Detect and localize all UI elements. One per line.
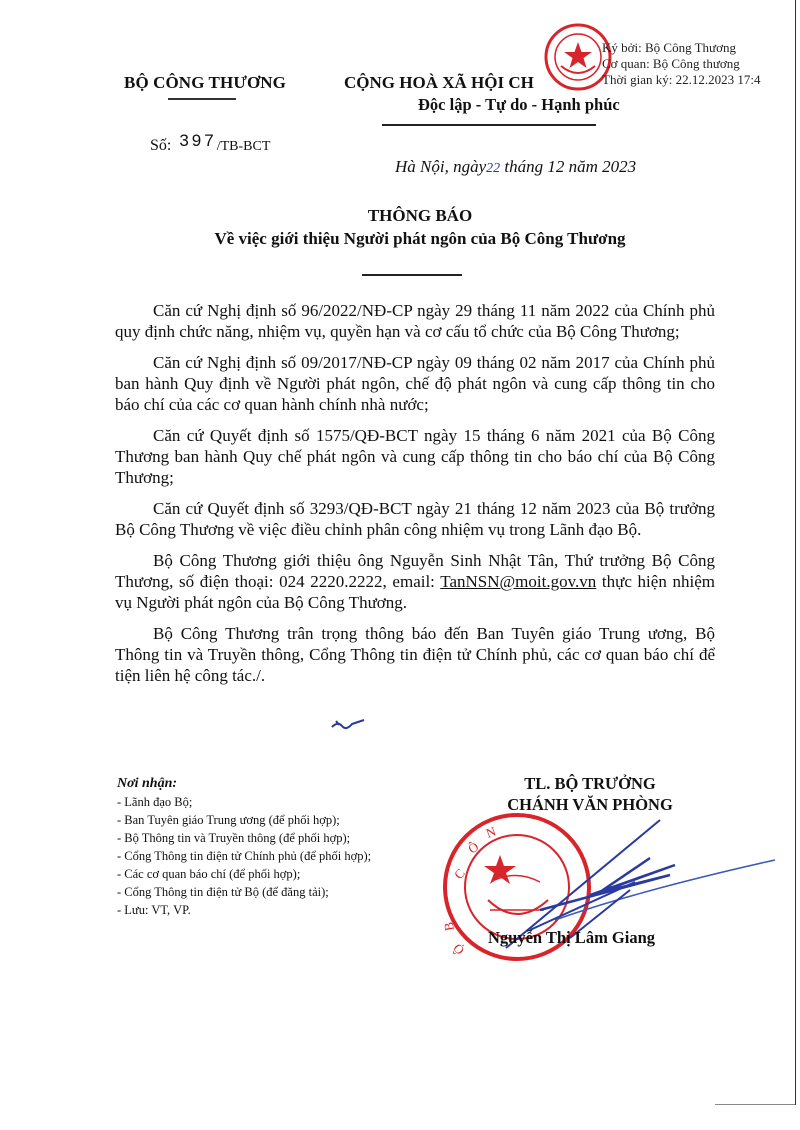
document-number-label: Số: <box>150 137 171 154</box>
national-title-text: CỘNG HOÀ XÃ HỘI CH <box>344 73 534 92</box>
svg-text:N: N <box>484 823 499 841</box>
issuing-organization: BỘ CÔNG THƯƠNG <box>124 73 286 93</box>
legal-basis-paragraph: Căn cứ Quyết định số 1575/QĐ-BCT ngày 15… <box>115 425 715 488</box>
document-number-value: 397 <box>179 131 216 150</box>
page-border-right <box>795 0 796 1105</box>
recipient-item: - Bộ Thông tin và Truyền thông (để phối … <box>117 829 371 847</box>
signer-name: Nguyễn Thị Lâm Giang <box>488 928 655 948</box>
recipient-item: - Ban Tuyên giáo Trung ương (để phối hợp… <box>117 811 371 829</box>
email-link[interactable]: TanNSN@moit.gov.vn <box>440 572 596 591</box>
document-title: THÔNG BÁO <box>0 206 800 226</box>
legal-basis-paragraph: Căn cứ Nghị định số 09/2017/NĐ-CP ngày 0… <box>115 352 715 415</box>
recipients-list: Nơi nhận: - Lãnh đạo Bộ; - Ban Tuyên giá… <box>117 775 371 919</box>
digital-time: Thời gian ký: 22.12.2023 17:4 <box>602 72 761 88</box>
signature-authority: TL. BỘ TRƯỞNG <box>480 773 700 794</box>
national-motto: Độc lập - Tự do - Hạnh phúc <box>418 95 620 115</box>
digital-signed-by: Ký bởi: Bộ Công Thương <box>602 40 761 56</box>
svg-text:B: B <box>441 921 457 932</box>
recipient-item: - Lưu: VT, VP. <box>117 901 371 919</box>
motto-underline <box>382 124 596 126</box>
place-date-suffix: tháng 12 năm 2023 <box>500 157 636 176</box>
svg-text:Ộ: Ộ <box>450 941 468 958</box>
document-subtitle: Về việc giới thiệu Người phát ngôn của B… <box>0 229 800 249</box>
organization-underline <box>168 98 236 100</box>
digital-agency: Cơ quan: Bộ Công thương <box>602 56 761 72</box>
title-underline <box>362 274 462 276</box>
place-date: Hà Nội, ngày22 tháng 12 năm 2023 <box>395 157 636 177</box>
closing-paragraph: Bộ Công Thương trân trọng thông báo đến … <box>115 623 715 686</box>
digital-signature-info: Ký bởi: Bộ Công Thương Cơ quan: Bộ Công … <box>602 40 761 88</box>
handwritten-day: 22 <box>486 161 500 176</box>
recipient-item: - Lãnh đạo Bộ; <box>117 793 371 811</box>
place-date-prefix: Hà Nội, ngày <box>395 157 486 176</box>
spokesperson-paragraph: Bộ Công Thương giới thiệu ông Nguyễn Sin… <box>115 550 715 613</box>
legal-basis-paragraph: Căn cứ Quyết định số 3293/QĐ-BCT ngày 21… <box>115 498 715 540</box>
legal-basis-paragraph: Căn cứ Nghị định số 96/2022/NĐ-CP ngày 2… <box>115 300 715 342</box>
document-number: Số: 397/TB-BCT <box>150 135 270 155</box>
recipients-heading: Nơi nhận: <box>117 775 371 793</box>
handwritten-flourish-icon <box>330 717 366 733</box>
recipient-item: - Cổng Thông tin điện tử Bộ (để đăng tải… <box>117 883 371 901</box>
document-number-suffix: /TB-BCT <box>217 139 271 154</box>
svg-text:Ô: Ô <box>465 839 481 857</box>
recipient-item: - Các cơ quan báo chí (để phối hợp); <box>117 865 371 883</box>
document-body: Căn cứ Nghị định số 96/2022/NĐ-CP ngày 2… <box>115 300 715 696</box>
page-border-bottom <box>715 1104 795 1105</box>
recipient-item: - Cổng Thông tin điện tử Chính phủ (để p… <box>117 847 371 865</box>
